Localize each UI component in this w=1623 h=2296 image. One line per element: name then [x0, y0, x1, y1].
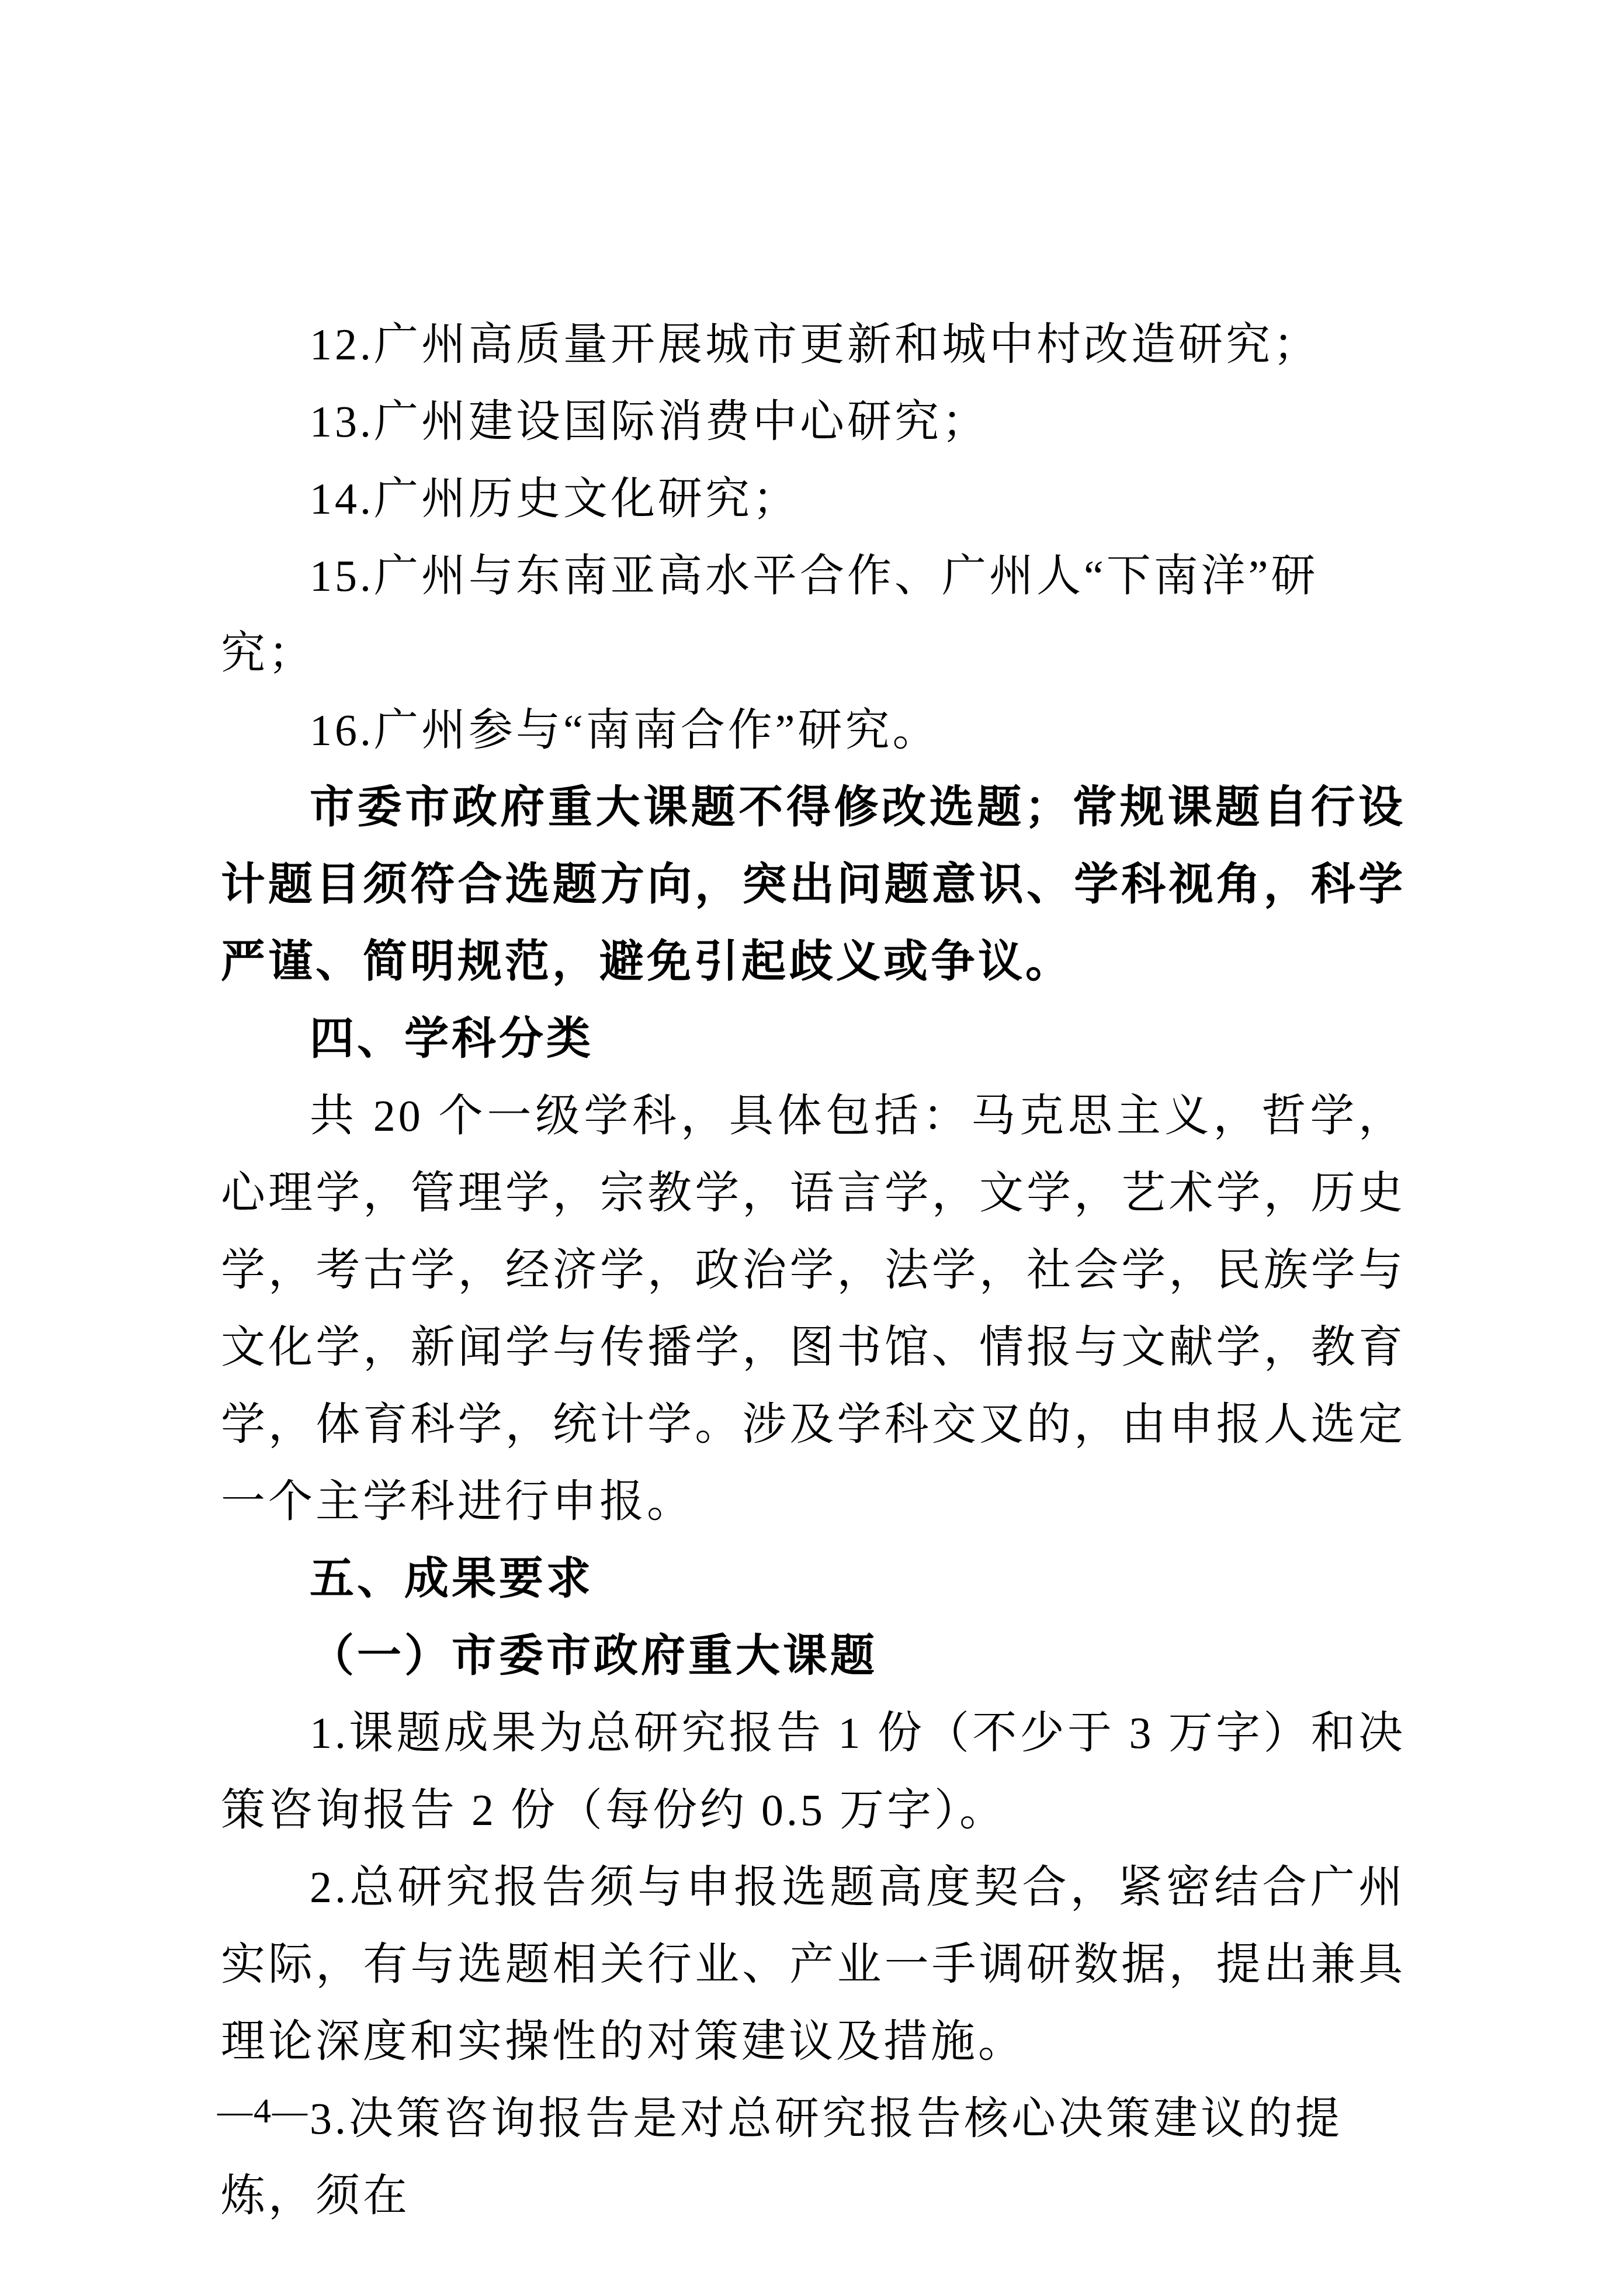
list-item-16: 16.广州参与“南南合作”研究。: [221, 692, 1406, 769]
list-item-15: 15.广州与东南亚高水平合作、广州人“下南洋”研究；: [221, 538, 1406, 692]
result-requirement-item-2: 2.总研究报告须与申报选题高度契合，紧密结合广州实际，有与选题相关行业、产业一手…: [221, 1849, 1406, 2080]
section-4-body: 共 20 个一级学科，具体包括：马克思主义，哲学，心理学，管理学，宗教学，语言学…: [221, 1078, 1406, 1540]
document-page: 12.广州高质量开展城市更新和城中村改造研究； 13.广州建设国际消费中心研究；…: [0, 0, 1623, 2296]
list-item-14: 14.广州历史文化研究；: [221, 460, 1406, 538]
section-5-subheading-1: （一）市委市政府重大课题: [221, 1618, 1406, 1695]
result-requirement-item-1: 1.课题成果为总研究报告 1 份（不少于 3 万字）和决策咨询报告 2 份（每份…: [221, 1695, 1406, 1849]
result-requirement-item-3: 3.决策咨询报告是对总研究报告核心决策建议的提炼，须在: [221, 2080, 1406, 2235]
page-number: —4—: [217, 2091, 308, 2131]
document-text-block: 12.广州高质量开展城市更新和城中村改造研究； 13.广州建设国际消费中心研究；…: [221, 306, 1406, 2235]
list-item-12: 12.广州高质量开展城市更新和城中村改造研究；: [221, 306, 1406, 383]
list-item-13: 13.广州建设国际消费中心研究；: [221, 383, 1406, 460]
section-heading-4: 四、学科分类: [221, 1000, 1406, 1078]
section-heading-5: 五、成果要求: [221, 1540, 1406, 1618]
emphasis-note-paragraph: 市委市政府重大课题不得修改选题；常规课题自行设计题目须符合选题方向，突出问题意识…: [221, 769, 1406, 1000]
